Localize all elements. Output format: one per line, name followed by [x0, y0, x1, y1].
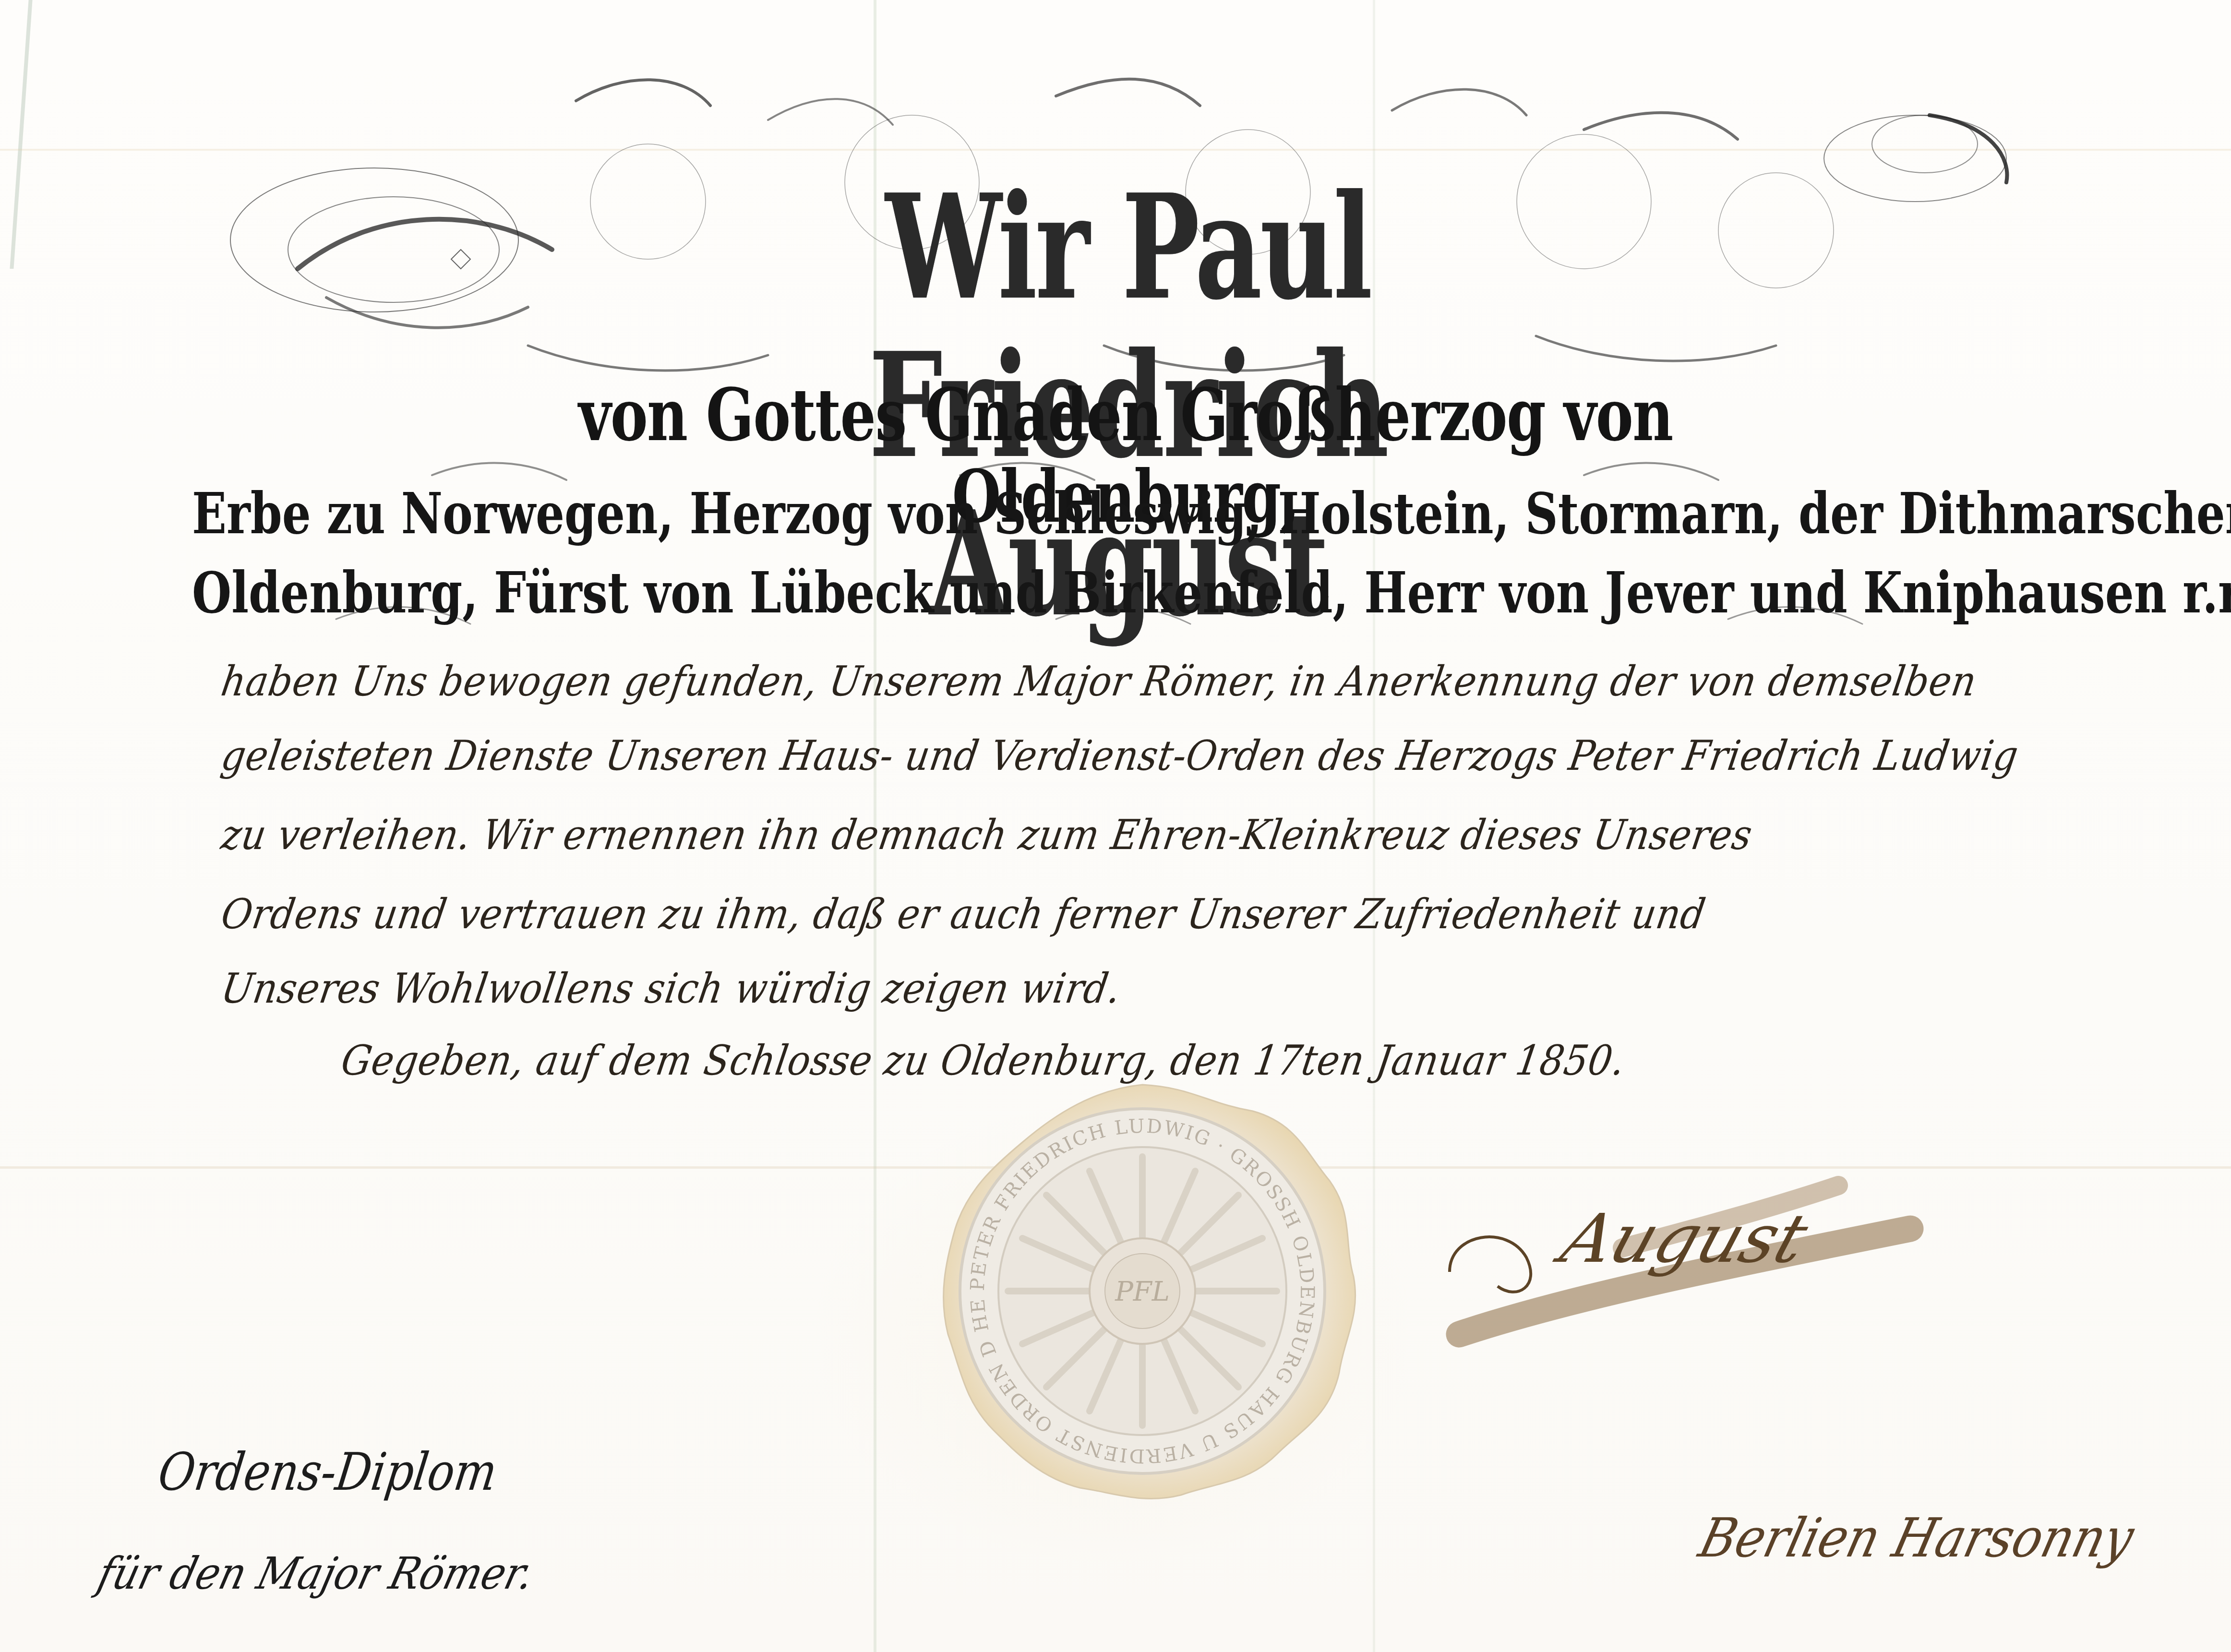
- fold-crease-top: [0, 149, 2231, 151]
- body-text-line: Ordens und vertrauen zu ihm, daß er auch…: [218, 890, 1709, 938]
- svg-text:PFL: PFL: [1115, 1276, 1170, 1307]
- order-star-seal-icon: PETER FRIEDRICH LUDWIG · GROSSH OLDENBUR…: [922, 1070, 1363, 1512]
- body-text-line: zu verleihen. Wir ernennen ihn demnach z…: [218, 811, 1756, 859]
- countersignature: Berlien Harsonny: [1693, 1507, 2140, 1569]
- diploma-recipient: für den Major Römer.: [93, 1548, 539, 1599]
- sovereign-signature: August: [1552, 1200, 1817, 1278]
- body-text-line: geleisteten Dienste Unseren Haus- und Ve…: [218, 732, 2022, 780]
- body-text-line: Unseres Wohlwollens sich würdig zeigen w…: [218, 965, 1124, 1013]
- diploma-label: Ordens-Diplom: [155, 1442, 500, 1502]
- embossed-seal: PETER FRIEDRICH LUDWIG · GROSSH OLDENBUR…: [922, 1070, 1363, 1512]
- sovereign-titles-line: Erbe zu Norwegen, Herzog von Schleswig, …: [192, 482, 1690, 545]
- sovereign-titles-line: Oldenburg, Fürst von Lübeck und Birkenfe…: [192, 562, 1690, 624]
- body-text-line: haben Uns bewogen gefunden, Unserem Majo…: [218, 658, 1980, 706]
